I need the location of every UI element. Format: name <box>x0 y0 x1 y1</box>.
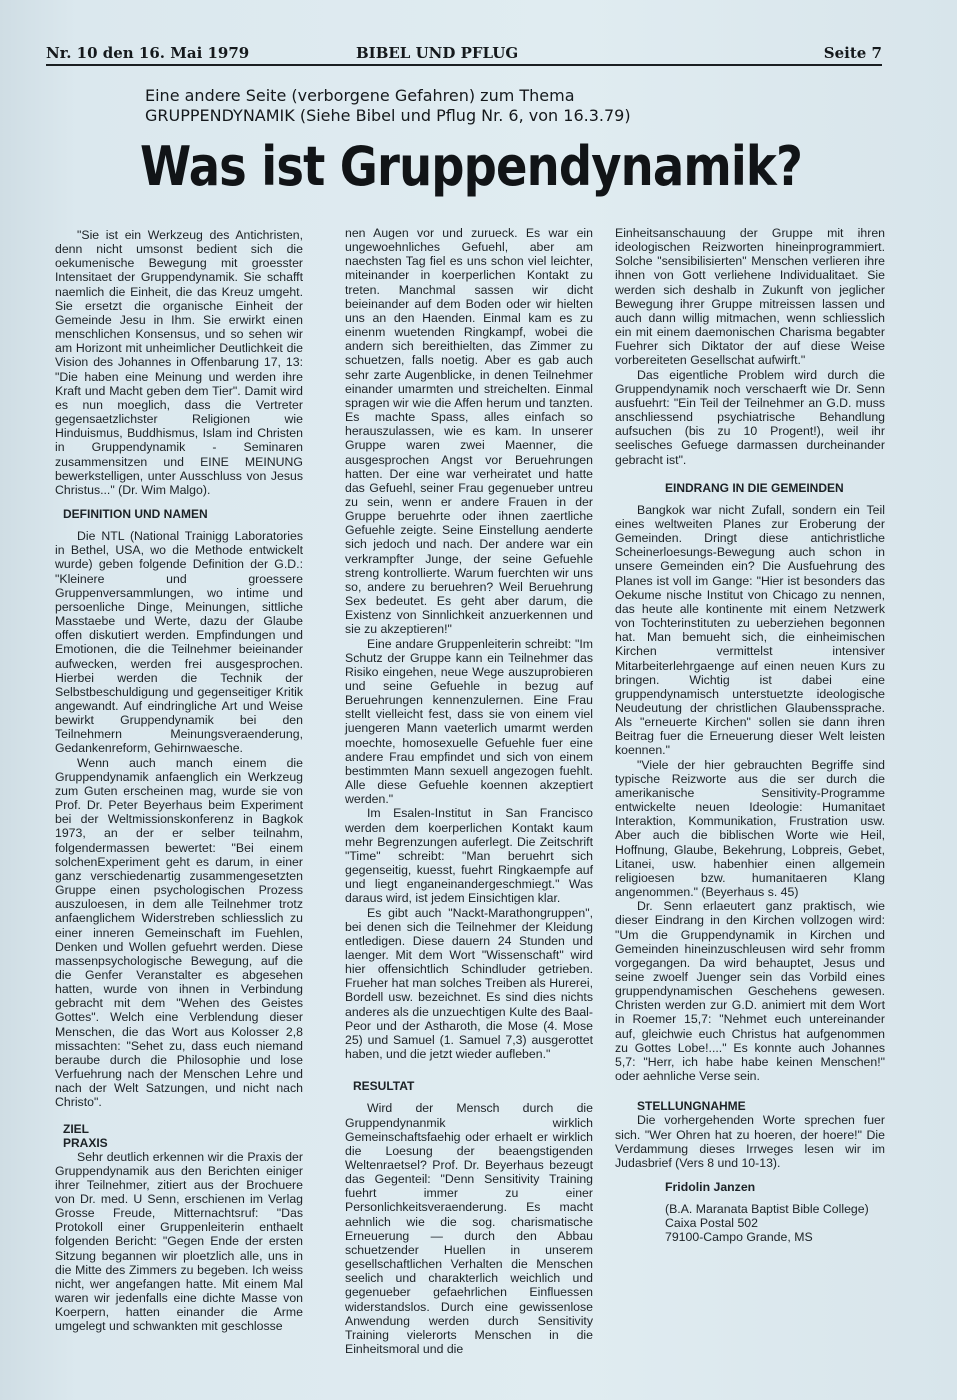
intro-line-2: GRUPPENDYNAMIK (Siehe Bibel und Pflug Nr… <box>145 106 745 126</box>
masthead-rule <box>46 64 882 66</box>
author-name: Fridolin Janzen <box>665 1180 885 1194</box>
paragraph: Eine andare Gruppenleiterin schreibt: "I… <box>345 637 593 807</box>
author-affiliation: (B.A. Maranata Baptist Bible College) <box>665 1202 885 1216</box>
paragraph: "Viele der hier gebrauchten Begriffe sin… <box>615 758 885 900</box>
section-heading-ziel: ZIEL <box>63 1122 303 1136</box>
section-heading-eindrang: EINDRANG IN DIE GEMEINDEN <box>665 481 885 495</box>
section-heading-stellungnahme: STELLUNGNAHME <box>637 1099 885 1113</box>
article-column-3: Einheitsanschauung der Gruppe mit ihren … <box>615 226 885 1245</box>
issue-date: Nr. 10 den 16. Mai 1979 <box>46 44 249 62</box>
paragraph: Sehr deutlich erkennen wir die Praxis de… <box>55 1150 303 1334</box>
paragraph: Wenn auch manch einem die Gruppendynamik… <box>55 756 303 1110</box>
paragraph: Bangkok war nicht Zufall, sondern ein Te… <box>615 503 885 758</box>
paragraph: Dr. Senn erlaeutert ganz praktisch, wie … <box>615 899 885 1083</box>
paragraph: "Sie ist ein Werkzeug des Antichristen, … <box>55 228 303 497</box>
article-column-2: nen Augen vor und zurueck. Es war ein un… <box>345 226 593 1356</box>
section-heading-resultat: RESULTAT <box>353 1079 593 1093</box>
paragraph: Im Esalen-Institut in San Francisco werd… <box>345 806 593 905</box>
masthead: Nr. 10 den 16. Mai 1979 BIBEL UND PFLUG … <box>46 38 882 66</box>
page-number: Seite 7 <box>824 44 882 62</box>
author-address-city: 79100-Campo Grande, MS <box>665 1230 885 1244</box>
section-heading-definition: DEFINITION UND NAMEN <box>63 507 303 521</box>
intro-line-1: Eine andere Seite (verborgene Gefahren) … <box>145 86 745 106</box>
author-address-line: Caixa Postal 502 <box>665 1216 885 1230</box>
article-column-1: "Sie ist ein Werkzeug des Antichristen, … <box>55 228 303 1334</box>
paragraph: Das eigentliche Problem wird durch die G… <box>615 368 885 467</box>
paragraph: Es gibt auch "Nackt-Marathongruppen", be… <box>345 906 593 1062</box>
paragraph: Einheitsanschauung der Gruppe mit ihren … <box>615 226 885 368</box>
publication-name: BIBEL UND PFLUG <box>356 44 518 62</box>
newspaper-page: Nr. 10 den 16. Mai 1979 BIBEL UND PFLUG … <box>0 0 957 1400</box>
paragraph: nen Augen vor und zurueck. Es war ein un… <box>345 226 593 637</box>
intro-kicker: Eine andere Seite (verborgene Gefahren) … <box>145 86 745 126</box>
paragraph: Wird der Mensch durch die Gruppendynanmi… <box>345 1101 593 1356</box>
paragraph: Die NTL (National Trainigg Laboratories … <box>55 529 303 756</box>
paragraph: Die vorhergehenden Worte sprechen fuer s… <box>615 1113 885 1170</box>
article-headline: Was ist Gruppendynamik? <box>140 135 690 198</box>
section-heading-praxis: PRAXIS <box>63 1136 303 1150</box>
